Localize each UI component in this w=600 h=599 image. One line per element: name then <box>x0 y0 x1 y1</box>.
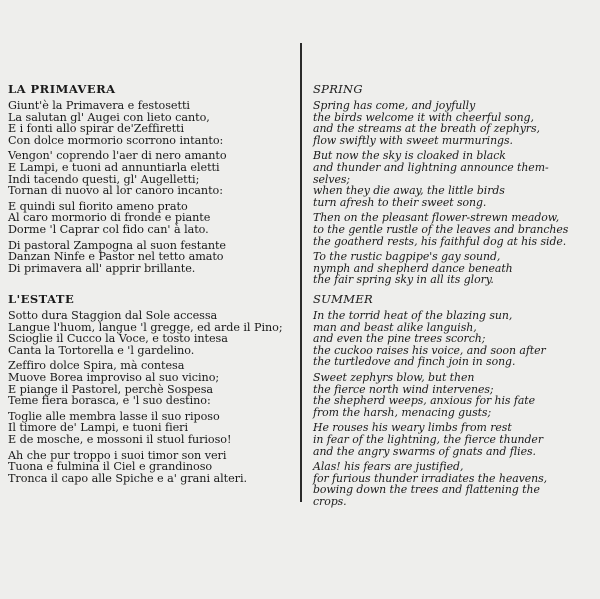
verse-line: the shepherd weeps, anxious for his fate <box>313 395 598 407</box>
verse-line: Dorme 'l Caprar col fido can' à lato. <box>8 224 293 236</box>
verse-line: Canta la Tortorella e 'l gardelino. <box>8 345 293 357</box>
stanza: Di pastoral Zampogna al suon festanteDan… <box>8 240 293 275</box>
verse-line: Teme fiera borasca, e 'l suo destino: <box>8 395 293 407</box>
verse-line: from the harsh, menacing gusts; <box>313 407 598 419</box>
stanza: But now the sky is cloaked in blackand t… <box>313 150 598 208</box>
stanza: Spring has come, and joyfullythe birds w… <box>313 100 598 146</box>
stanza: Giunt'è la Primavera e festosettiLa salu… <box>8 100 293 146</box>
poem-summer: SUMMER In the torrid heat of the blazing… <box>313 293 598 512</box>
section-title: SPRING <box>313 83 598 96</box>
poem-la-primavera: LA PRIMAVERA Giunt'è la Primavera e fest… <box>8 83 293 278</box>
verse-line: Tornan di nuovo al lor canoro incanto: <box>8 185 293 197</box>
stanza: Toglie alle membra lasse il suo riposoIl… <box>8 411 293 446</box>
stanza: Ah che pur troppo i suoi timor son veriT… <box>8 450 293 485</box>
verse-line: Muove Borea improviso al suo vicino; <box>8 372 293 384</box>
verse-line: Giunt'è la Primavera e festosetti <box>8 100 293 112</box>
section-title: L'ESTATE <box>8 293 293 306</box>
verse-line: In the torrid heat of the blazing sun, <box>313 310 598 322</box>
verse-line: E Lampi, e tuoni ad annuntiarla eletti <box>8 162 293 174</box>
verse-line: Con dolce mormorio scorrono intanto: <box>8 135 293 147</box>
verse-line: Spring has come, and joyfully <box>313 100 598 112</box>
verse-line: turn afresh to their sweet song. <box>313 197 598 209</box>
verse-line: the goatherd rests, his faithful dog at … <box>313 236 598 248</box>
verse-line: and thunder and lightning announce them- <box>313 162 598 174</box>
verse-line: Tronca il capo alle Spiche e a' grani al… <box>8 473 293 485</box>
verse-line: and the angry swarms of gnats and flies. <box>313 446 598 458</box>
column-divider <box>300 43 302 502</box>
verse-line: in fear of the lightning, the fierce thu… <box>313 434 598 446</box>
verse-line: the turtledove and finch join in song. <box>313 356 598 368</box>
stanza: Alas! his fears are justified,for furiou… <box>313 461 598 507</box>
stanza: Sotto dura Staggion dal Sole accessaLang… <box>8 310 293 356</box>
verse-line: E de mosche, e mossoni il stuol furioso! <box>8 434 293 446</box>
stanzas: Giunt'è la Primavera e festosettiLa salu… <box>8 100 293 274</box>
verse-line: Di primavera all' apprir brillante. <box>8 263 293 275</box>
verse-line: Alas! his fears are justified, <box>313 461 598 473</box>
verse-line: Tuona e fulmina il Ciel e grandinoso <box>8 461 293 473</box>
verse-line: Danzan Ninfe e Pastor nel tetto amato <box>8 251 293 263</box>
stanza: In the torrid heat of the blazing sun,ma… <box>313 310 598 368</box>
section-title: SUMMER <box>313 293 598 306</box>
section-title: LA PRIMAVERA <box>8 83 293 96</box>
verse-line: flow swiftly with sweet murmurings. <box>313 135 598 147</box>
stanza: Zeffiro dolce Spira, mà contesaMuove Bor… <box>8 360 293 406</box>
stanza: Then on the pleasant flower-strewn meado… <box>313 212 598 247</box>
stanzas: Spring has come, and joyfullythe birds w… <box>313 100 598 286</box>
poem-l-estate: L'ESTATE Sotto dura Staggion dal Sole ac… <box>8 293 293 488</box>
verse-line: bowing down the trees and flattening the <box>313 484 598 496</box>
stanza: He rouses his weary limbs from restin fe… <box>313 422 598 457</box>
verse-line: Sweet zephyrs blow, but then <box>313 372 598 384</box>
verse-line: to the gentle rustle of the leaves and b… <box>313 224 598 236</box>
verse-line: To the rustic bagpipe's gay sound, <box>313 251 598 263</box>
stanza: To the rustic bagpipe's gay sound,nymph … <box>313 251 598 286</box>
stanza: Sweet zephyrs blow, but thenthe fierce n… <box>313 372 598 418</box>
stanzas: In the torrid heat of the blazing sun,ma… <box>313 310 598 508</box>
stanza: E quindi sul fiorito ameno pratoAl caro … <box>8 201 293 236</box>
poem-spring: SPRING Spring has come, and joyfullythe … <box>313 83 598 290</box>
stanza: Vengon' coprendo l'aer di nero amantoE L… <box>8 150 293 196</box>
verse-line: Sotto dura Staggion dal Sole accessa <box>8 310 293 322</box>
verse-line: crops. <box>313 496 598 508</box>
verse-line: when they die away, the little birds <box>313 185 598 197</box>
verse-line: the fair spring sky in all its glory. <box>313 274 598 286</box>
stanzas: Sotto dura Staggion dal Sole accessaLang… <box>8 310 293 484</box>
